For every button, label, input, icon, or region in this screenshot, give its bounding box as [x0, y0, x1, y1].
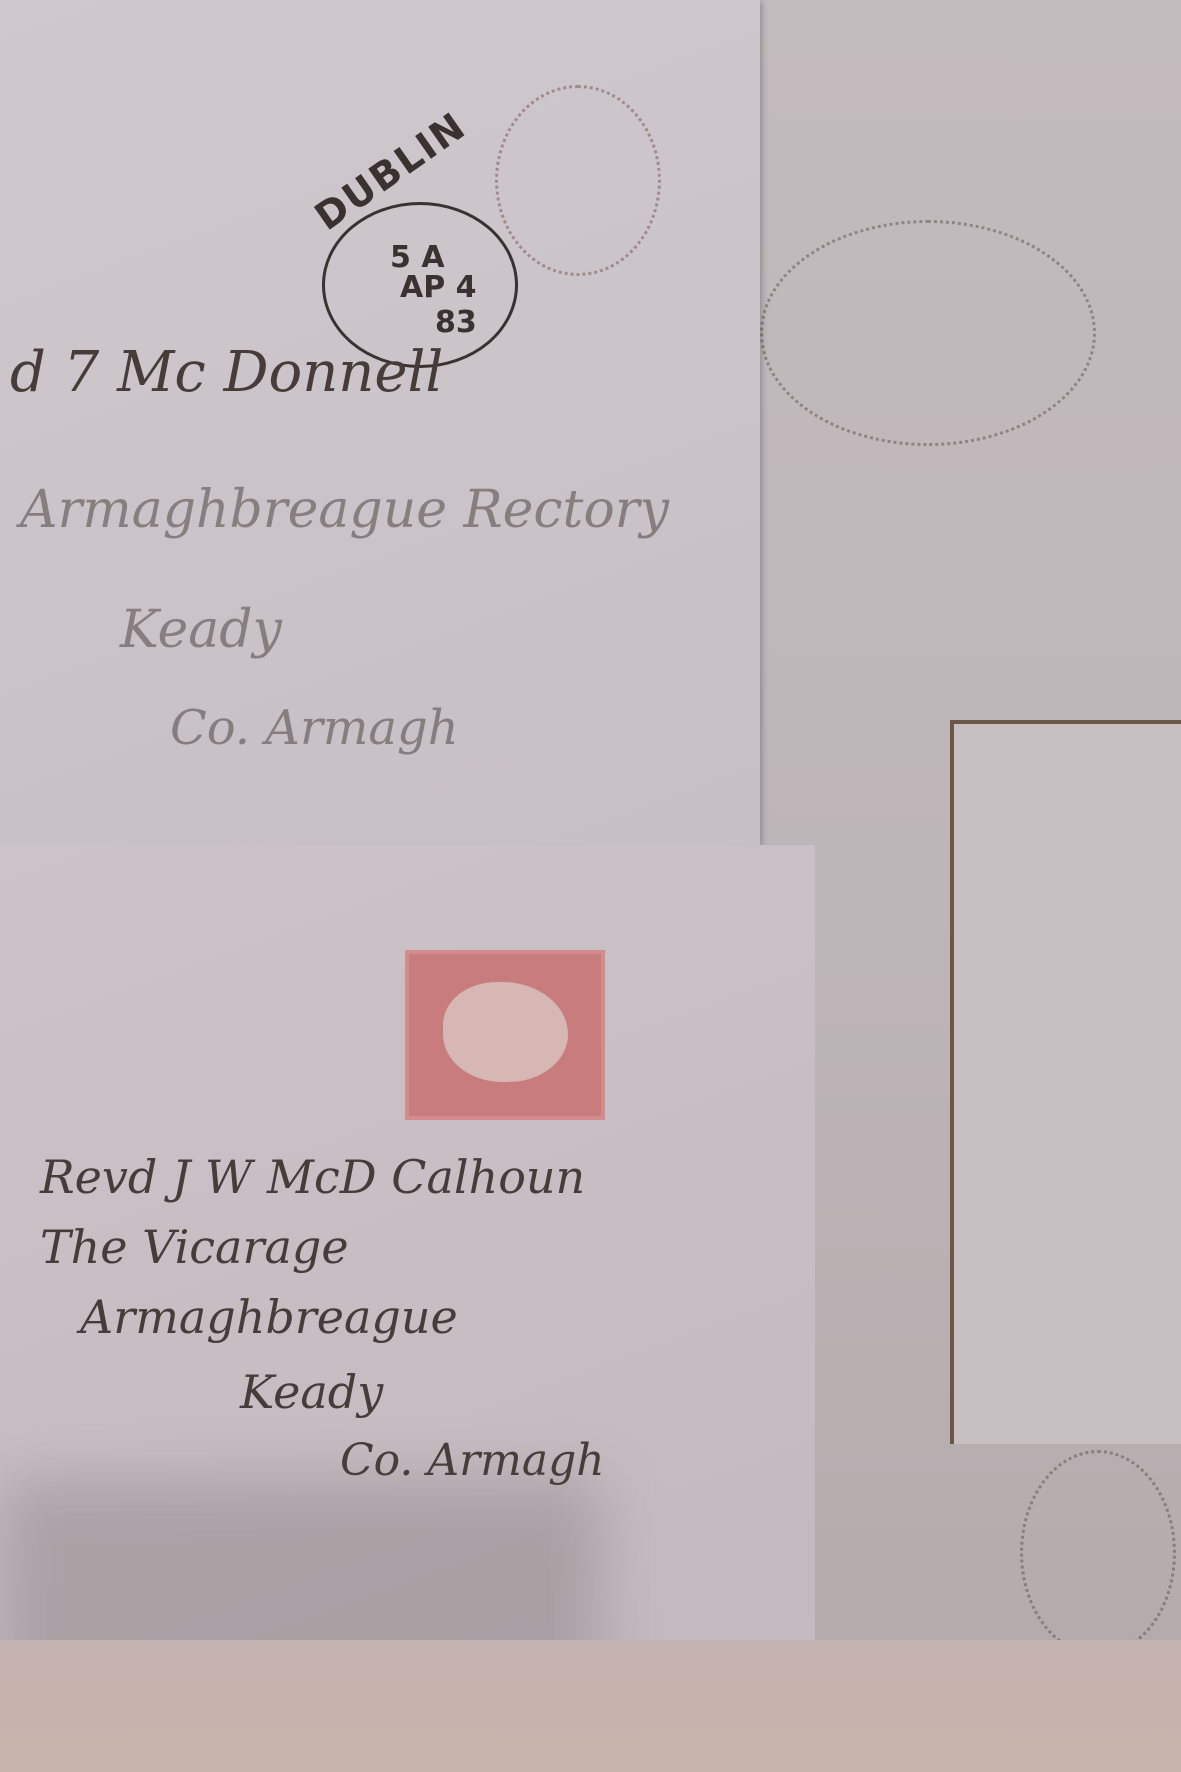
bow-ornament: [1020, 1450, 1176, 1656]
postmark-year: 83: [435, 305, 477, 340]
address-line-5: Co. Armagh: [340, 1435, 605, 1486]
queen-head-icon: [443, 982, 568, 1082]
postmark-date: AP 4: [400, 270, 477, 305]
faded-postmark: [495, 85, 661, 276]
address-line-4: Keady: [240, 1365, 383, 1419]
fabric-bottom: [0, 1640, 1181, 1772]
right-envelope: [950, 720, 1181, 1444]
address-line-3: Keady: [120, 600, 282, 660]
address-line-1: d 7 Mc Donnell: [10, 340, 443, 405]
floral-ornament: [760, 220, 1096, 446]
upper-envelope: DUBLIN 5 A AP 4 83 d 7 Mc Donnell Armagh…: [0, 0, 760, 845]
address-line-1: Revd J W McD Calhoun: [40, 1150, 585, 1204]
address-line-4: Co. Armagh: [170, 700, 459, 756]
address-line-2: The Vicarage: [40, 1220, 349, 1274]
address-line-3: Armaghbreague: [80, 1290, 458, 1344]
red-stamp: [405, 950, 605, 1120]
address-line-2: Armaghbreague Rectory: [20, 480, 669, 540]
